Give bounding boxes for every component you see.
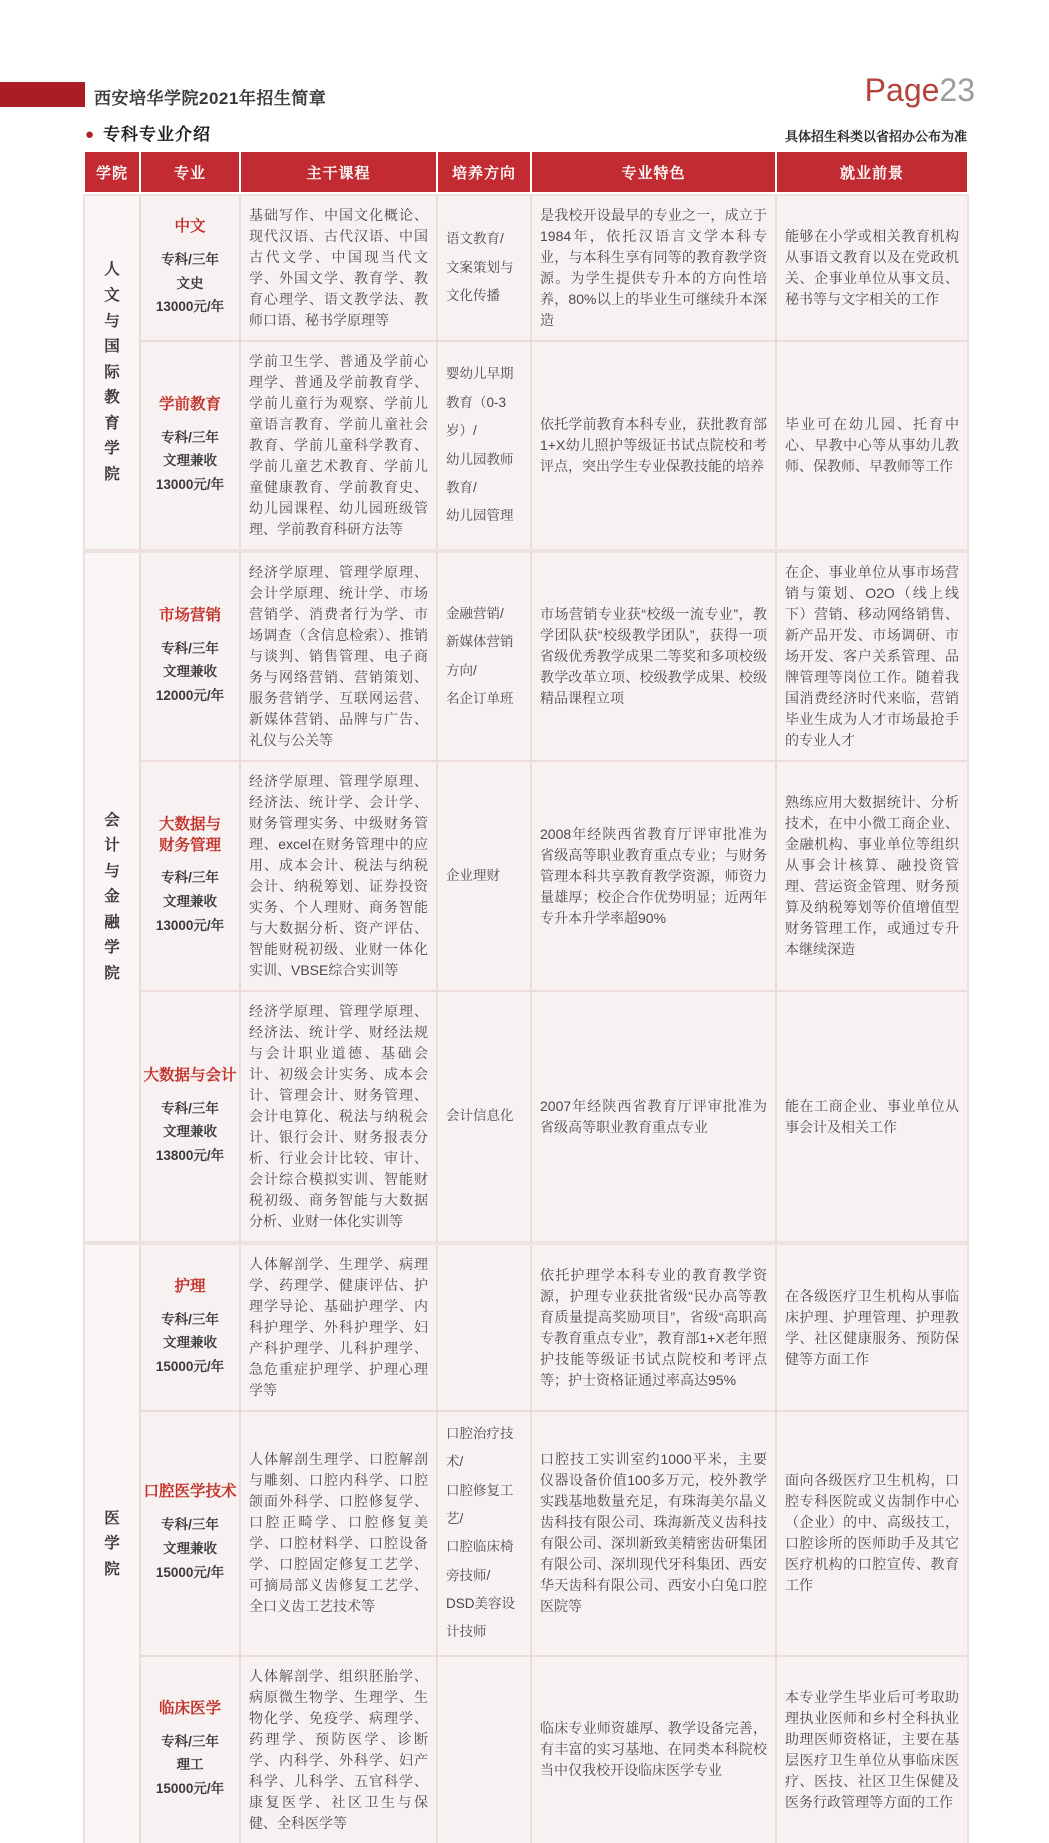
- major-name: 护理: [143, 1277, 237, 1298]
- major-name: 市场营销: [143, 606, 237, 627]
- major-meta: 专科/三年 文理兼收 13800元/年: [143, 1097, 237, 1168]
- courses-cell: 经济学原理、管理学原理、会计学原理、统计学、市场营销学、消费者行为学、市场调查（…: [241, 553, 436, 760]
- major-cell: 大数据与会计 专科/三年 文理兼收 13800元/年: [141, 992, 239, 1241]
- college-cell: 会计与金融学院: [85, 553, 139, 1241]
- employment-cell: 熟练应用大数据统计、分析技术，在中小微工商企业、金融机构、事业单位等组织从事会计…: [777, 762, 967, 990]
- column-header-direction: 培养方向: [438, 152, 530, 192]
- major-cell: 学前教育 专科/三年 文理兼收 13000元/年: [141, 342, 239, 549]
- brochure-page: { "header": { "doc_title": "西安培华学院2021年招…: [0, 0, 1049, 1475]
- page-number: Page23: [865, 72, 975, 109]
- courses-cell: 经济学原理、管理学原理、经济法、统计学、财经法规与会计职业道德、基础会计、初级会…: [241, 992, 436, 1241]
- features-cell: 2008年经陕西省教育厅评审批准为省级高等职业教育重点专业；与财务管理本科共享教…: [532, 762, 775, 990]
- major-meta: 专科/三年 文理兼收 15000元/年: [143, 1513, 237, 1584]
- employment-cell: 能够在小学或相关教育机构从事语文教育以及在党政机关、企事业单位从事文员、秘书等与…: [777, 196, 967, 340]
- major-name: 学前教育: [143, 395, 237, 416]
- college-name: 医学院: [103, 1506, 121, 1583]
- table-header-row: 学院 专业 主干课程 培养方向 专业特色 就业前景: [85, 152, 967, 192]
- major-name: 大数据与 财务管理: [143, 815, 237, 857]
- college-name: 人文与国际教育学院: [103, 257, 121, 487]
- major-meta: 专科/三年 理工 15000元/年: [143, 1730, 237, 1801]
- college-group-humanities: 人文与国际教育学院 中文 专科/三年 文史 13000元/年 基础写作、中国文化…: [85, 196, 967, 549]
- major-cell: 临床医学 专科/三年 理工 15000元/年: [141, 1657, 239, 1843]
- direction-cell: 企业理财: [438, 762, 530, 990]
- employment-cell: 面向各级医疗卫生机构，口腔专科医院或义齿制作中心（企业）的中、高级技工，口腔诊所…: [777, 1412, 967, 1655]
- section-note: 具体招生科类以省招办公布为准: [785, 126, 967, 145]
- direction-cell: [438, 1245, 530, 1410]
- employment-cell: 毕业可在幼儿园、托育中心、早教中心等从事幼儿教师、保教师、早教师等工作: [777, 342, 967, 549]
- courses-cell: 人体解剖生理学、口腔解剖与雕刻、口腔内科学、口腔颌面外科学、口腔修复学、口腔正畸…: [241, 1412, 436, 1655]
- major-cell: 市场营销 专科/三年 文理兼收 12000元/年: [141, 553, 239, 760]
- major-name: 大数据与会计: [143, 1066, 237, 1087]
- direction-cell: 语文教育/ 文案策划与文化传播: [438, 196, 530, 340]
- major-meta: 专科/三年 文理兼收 13000元/年: [143, 426, 237, 497]
- page-label: Page: [865, 72, 940, 108]
- major-meta: 专科/三年 文理兼收 12000元/年: [143, 637, 237, 708]
- column-header-employment: 就业前景: [777, 152, 967, 192]
- major-cell: 大数据与 财务管理 专科/三年 文理兼收 13000元/年: [141, 762, 239, 990]
- direction-cell: 金融营销/ 新媒体营销方向/ 名企订单班: [438, 553, 530, 760]
- features-cell: 依托学前教育本科专业，获批教育部1+X幼儿照护等级证书试点院校和考评点，突出学生…: [532, 342, 775, 549]
- employment-cell: 在企、事业单位从事市场营销与策划、O2O（线上线下）营销、移动网络销售、新产品开…: [777, 553, 967, 760]
- employment-cell: 本专业学生毕业后可考取助理执业医师和乡村全科执业助理医师资格证，主要在基层医疗卫…: [777, 1657, 967, 1843]
- features-cell: 临床专业师资雄厚、教学设备完善，有丰富的实习基地、在同类本科院校当中仅我校开设临…: [532, 1657, 775, 1843]
- section-heading: ●专科专业介绍 具体招生科类以省招办公布为准: [85, 120, 967, 146]
- direction-cell: 婴幼儿早期教育（0-3岁）/ 幼儿园教师教育/ 幼儿园管理: [438, 342, 530, 549]
- courses-cell: 人体解剖学、组织胚胎学、病原微生物学、生理学、生物化学、免疫学、病理学、药理学、…: [241, 1657, 436, 1843]
- features-cell: 依托护理学本科专业的教育教学资源，护理专业获批省级“民办高等教育质量提高奖励项目…: [532, 1245, 775, 1410]
- majors-table: 学院 专业 主干课程 培养方向 专业特色 就业前景 人文与国际教育学院 中文 专…: [85, 152, 967, 1843]
- major-meta: 专科/三年 文史 13000元/年: [143, 248, 237, 319]
- features-cell: 2007年经陕西省教育厅评审批准为省级高等职业教育重点专业: [532, 992, 775, 1241]
- bullet-icon: ●: [85, 126, 94, 143]
- direction-cell: [438, 1657, 530, 1843]
- major-cell: 护理 专科/三年 文理兼收 15000元/年: [141, 1245, 239, 1410]
- employment-cell: 能在工商企业、事业单位从事会计及相关工作: [777, 992, 967, 1241]
- features-cell: 市场营销专业获“校级一流专业”，教学团队获“校级教学团队”，获得一项省级优秀教学…: [532, 553, 775, 760]
- column-header-courses: 主干课程: [241, 152, 436, 192]
- major-cell: 口腔医学技术 专科/三年 文理兼收 15000元/年: [141, 1412, 239, 1655]
- column-header-features: 专业特色: [532, 152, 775, 192]
- college-cell: 人文与国际教育学院: [85, 196, 139, 549]
- doc-title: 西安培华学院2021年招生简章: [94, 84, 326, 109]
- major-name: 临床医学: [143, 1699, 237, 1720]
- courses-cell: 基础写作、中国文化概论、现代汉语、古代汉语、中国古代文学、中国现当代文学、外国文…: [241, 196, 436, 340]
- page-num-value: 23: [939, 72, 975, 108]
- header-red-bar: [0, 82, 85, 107]
- college-cell: 医学院: [85, 1245, 139, 1843]
- features-cell: 口腔技工实训室约1000平米，主要仪器设备价值100多万元，校外教学实践基地数量…: [532, 1412, 775, 1655]
- major-meta: 专科/三年 文理兼收 13000元/年: [143, 866, 237, 937]
- column-header-college: 学院: [85, 152, 139, 192]
- section-title: 专科专业介绍: [103, 125, 211, 144]
- major-name: 中文: [143, 217, 237, 238]
- employment-cell: 在各级医疗卫生机构从事临床护理、护理管理、护理教学、社区健康服务、预防保健等方面…: [777, 1245, 967, 1410]
- features-cell: 是我校开设最早的专业之一，成立于1984年，依托汉语言文学本科专业，与本科生享有…: [532, 196, 775, 340]
- major-meta: 专科/三年 文理兼收 15000元/年: [143, 1308, 237, 1379]
- courses-cell: 人体解剖学、生理学、病理学、药理学、健康评估、护理学导论、基础护理学、内科护理学…: [241, 1245, 436, 1410]
- college-name: 会计与金融学院: [103, 808, 121, 987]
- major-name: 口腔医学技术: [143, 1482, 237, 1503]
- courses-cell: 学前卫生学、普通及学前心理学、普通及学前教育学、学前儿童行为观察、学前儿童语言教…: [241, 342, 436, 549]
- direction-cell: 会计信息化: [438, 992, 530, 1241]
- courses-cell: 经济学原理、管理学原理、经济法、统计学、会计学、财务管理实务、中级财务管理、ex…: [241, 762, 436, 990]
- college-group-accounting-finance: 会计与金融学院 市场营销 专科/三年 文理兼收 12000元/年 经济学原理、管…: [85, 553, 967, 1241]
- college-group-medical: 医学院 护理 专科/三年 文理兼收 15000元/年 人体解剖学、生理学、病理学…: [85, 1245, 967, 1843]
- major-cell: 中文 专科/三年 文史 13000元/年: [141, 196, 239, 340]
- direction-cell: 口腔治疗技术/ 口腔修复工艺/ 口腔临床椅旁技师/ DSD美容设计技师: [438, 1412, 530, 1655]
- column-header-major: 专业: [141, 152, 239, 192]
